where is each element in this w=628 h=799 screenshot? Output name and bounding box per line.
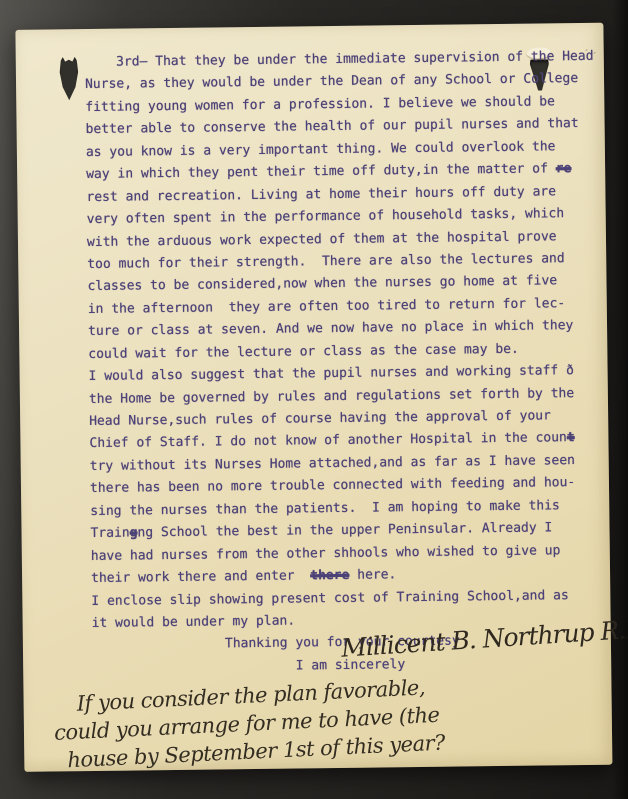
photo-background: ′′ 3rd— That they be under the immediate… [0, 0, 628, 799]
punch-hole-left [59, 56, 80, 100]
letter-paper: ′′ 3rd— That they be under the immediate… [15, 23, 612, 772]
handwritten-postscript: If you consider the plan favorable,could… [42, 665, 605, 775]
typed-letter-body: 3rd— That they be under the immediate su… [85, 46, 605, 680]
